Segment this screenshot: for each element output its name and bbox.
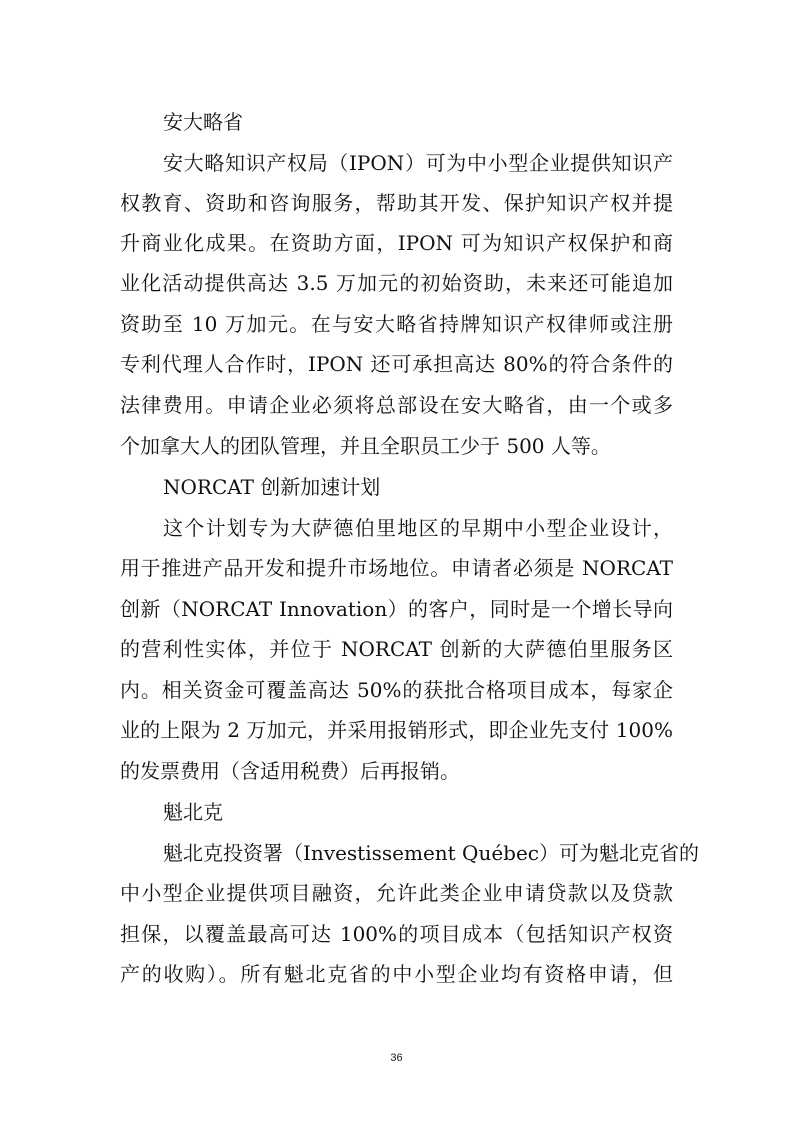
paragraph-line: 业化活动提供高达 3.5 万加元的初始资助，未来还可能追加 <box>120 268 673 298</box>
paragraph-line: 升商业化成果。在资助方面，IPON 可为知识产权保护和商 <box>120 228 673 258</box>
section-heading-norcat: NORCAT 创新加速计划 <box>163 472 673 502</box>
paragraph-line: 内。相关资金可覆盖高达 50%的获批合格项目成本，每家企 <box>120 675 673 705</box>
document-page: 安大略省 安大略知识产权局（IPON）可为中小型企业提供知识产 权教育、资助和咨… <box>0 0 793 1122</box>
paragraph-line: 的发票费用（含适用税费）后再报销。 <box>120 756 673 786</box>
paragraph-line: 个加拿大人的团队管理，并且全职员工少于 500 人等。 <box>120 431 673 461</box>
paragraph-line: 专利代理人合作时，IPON 还可承担高达 80%的符合条件的 <box>120 349 673 379</box>
paragraph-line: 权教育、资助和咨询服务，帮助其开发、保护知识产权并提 <box>120 188 673 218</box>
paragraph-line: 产的收购）。所有魁北克省的中小型企业均有资格申请，但 <box>120 959 673 989</box>
paragraph-line: 魁北克投资署（Investissement Québec）可为魁北克省的 <box>163 838 673 868</box>
paragraph-line: 业的上限为 2 万加元，并采用报销形式，即企业先支付 100% <box>120 715 673 745</box>
paragraph-line: 法律费用。申请企业必须将总部设在安大略省，由一个或多 <box>120 390 673 420</box>
paragraph-line: 的营利性实体，并位于 NORCAT 创新的大萨德伯里服务区 <box>120 634 673 664</box>
paragraph-line: 创新（NORCAT Innovation）的客户，同时是一个增长导向 <box>120 594 673 624</box>
paragraph-line: 担保，以覆盖最高可达 100%的项目成本（包括知识产权资 <box>120 919 673 949</box>
paragraph-line: 用于推进产品开发和提升市场地位。申请者必须是 NORCAT <box>120 553 673 583</box>
paragraph-line: 这个计划专为大萨德伯里地区的早期中小型企业设计， <box>163 513 673 543</box>
paragraph-line: 资助至 10 万加元。在与安大略省持牌知识产权律师或注册 <box>120 309 673 339</box>
section-heading-quebec: 魁北克 <box>163 797 673 827</box>
paragraph-line: 安大略知识产权局（IPON）可为中小型企业提供知识产 <box>163 148 673 178</box>
page-number: 36 <box>0 1052 793 1064</box>
section-heading-ontario: 安大略省 <box>163 107 673 137</box>
paragraph-line: 中小型企业提供项目融资，允许此类企业申请贷款以及贷款 <box>120 878 673 908</box>
